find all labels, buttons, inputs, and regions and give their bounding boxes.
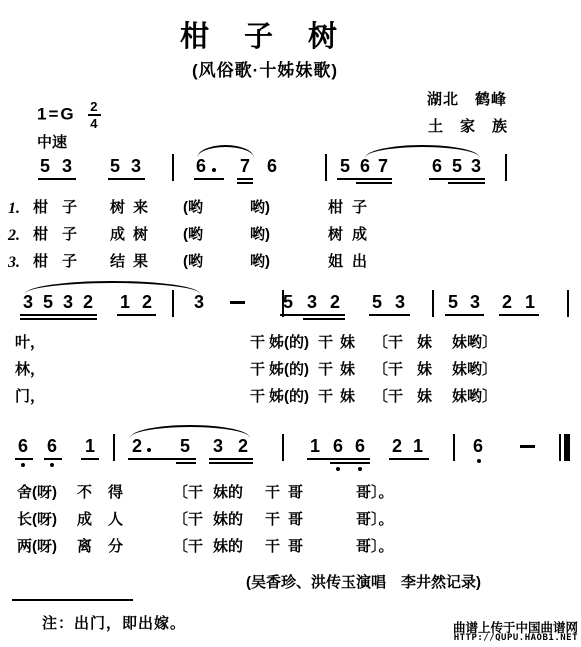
lyric-syllable: (哟	[183, 226, 203, 244]
lyric-syllable: 哟)	[250, 199, 270, 217]
lyric-syllable: 妹	[340, 388, 355, 406]
watermark-site-url: HTTP://QUPU.HAOB1.NET	[454, 633, 578, 643]
verse-number: 1.	[8, 199, 20, 218]
lyric-syllable: 姊(的)	[269, 334, 309, 352]
lyric-syllable: 干	[250, 361, 265, 379]
lyric-syllable: 子	[62, 226, 77, 244]
lyric-syllable: 来	[133, 199, 148, 217]
lyric-syllable: 哟)	[250, 253, 270, 271]
lyric-syllable: 树	[110, 199, 125, 217]
lyric-syllable: 结	[110, 253, 125, 271]
lyric-syllable: 妹哟〕	[452, 334, 497, 352]
lyric-syllable: 出	[352, 253, 367, 271]
lyrics-area: 1.柑子树来(哟哟)柑子2.柑子成树(哟哟)树成3.柑子结果(哟哟)姐出叶，干姊…	[0, 0, 581, 647]
lyric-syllable: 成	[352, 226, 367, 244]
lyric-syllable: 不	[77, 484, 92, 502]
lyric-syllable: 妹哟〕	[452, 388, 497, 406]
lyric-syllable: 柑	[328, 199, 343, 217]
lyric-syllable: 树	[133, 226, 148, 244]
lyric-syllable: 成	[77, 511, 92, 529]
lyric-syllable: 林，	[15, 361, 45, 379]
lyric-syllable: 姐	[328, 253, 343, 271]
lyric-syllable: 干	[265, 484, 280, 502]
lyric-syllable: (哟	[183, 199, 203, 217]
lyric-syllable: 叶，	[15, 334, 45, 352]
lyric-syllable: 子	[62, 253, 77, 271]
verse-number: 2.	[8, 226, 20, 245]
lyric-syllable: 柑	[33, 253, 48, 271]
lyric-syllable: 长(呀)	[17, 511, 57, 529]
footnote-rule	[12, 599, 133, 601]
lyric-syllable: 哥〕。	[356, 538, 394, 556]
lyric-syllable: 干	[318, 388, 333, 406]
lyric-syllable: 哥	[288, 484, 303, 502]
lyric-syllable: 干	[250, 388, 265, 406]
lyric-syllable: 妹	[340, 334, 355, 352]
lyric-syllable: 门，	[15, 388, 45, 406]
lyric-syllable: 哥	[288, 538, 303, 556]
lyric-syllable: 妹	[417, 388, 432, 406]
lyric-syllable: 妹的	[213, 484, 243, 502]
lyric-syllable: 柑	[33, 199, 48, 217]
lyric-syllable: 离	[77, 538, 92, 556]
lyric-syllable: 干	[318, 334, 333, 352]
lyric-syllable: 姊(的)	[269, 361, 309, 379]
sheet-music-page: 柑 子 树 (风俗歌·十姊妹歌) 湖北 鹤峰 土 家 族 1=G 2 4 中速 …	[0, 0, 581, 647]
lyric-syllable: 〔干	[173, 484, 203, 502]
lyric-syllable: 哥	[288, 511, 303, 529]
lyric-syllable: 干	[250, 334, 265, 352]
lyric-syllable: 干	[265, 511, 280, 529]
lyric-syllable: 妹的	[213, 538, 243, 556]
lyric-syllable: 干	[318, 361, 333, 379]
lyric-syllable: 人	[108, 511, 123, 529]
lyric-syllable: 哥〕。	[356, 484, 394, 502]
lyric-syllable: 哥〕。	[356, 511, 394, 529]
lyric-syllable: 两(呀)	[17, 538, 57, 556]
lyric-syllable: 子	[62, 199, 77, 217]
lyric-syllable: (哟	[183, 253, 203, 271]
lyric-syllable: 果	[133, 253, 148, 271]
lyric-syllable: 柑	[33, 226, 48, 244]
footnote-text: 注：出门，即出嫁。	[42, 612, 186, 633]
lyric-syllable: 成	[110, 226, 125, 244]
lyric-syllable: 〔干	[173, 538, 203, 556]
verse-number: 3.	[8, 253, 20, 272]
lyric-syllable: 妹	[340, 361, 355, 379]
lyric-syllable: 〔干	[373, 388, 403, 406]
lyric-syllable: 妹	[417, 361, 432, 379]
lyric-syllable: 妹	[417, 334, 432, 352]
lyric-syllable: 舍(呀)	[17, 484, 57, 502]
lyric-syllable: 哟)	[250, 226, 270, 244]
performer-credits: (吴香珍、洪传玉演唱 李井然记录)	[246, 571, 481, 592]
lyric-syllable: 妹哟〕	[452, 361, 497, 379]
lyric-syllable: 得	[108, 484, 123, 502]
lyric-syllable: 子	[352, 199, 367, 217]
lyric-syllable: 〔干	[373, 361, 403, 379]
lyric-syllable: 〔干	[373, 334, 403, 352]
lyric-syllable: 姊(的)	[269, 388, 309, 406]
lyric-syllable: 分	[108, 538, 123, 556]
lyric-syllable: 干	[265, 538, 280, 556]
lyric-syllable: 〔干	[173, 511, 203, 529]
lyric-syllable: 树	[328, 226, 343, 244]
lyric-syllable: 妹的	[213, 511, 243, 529]
